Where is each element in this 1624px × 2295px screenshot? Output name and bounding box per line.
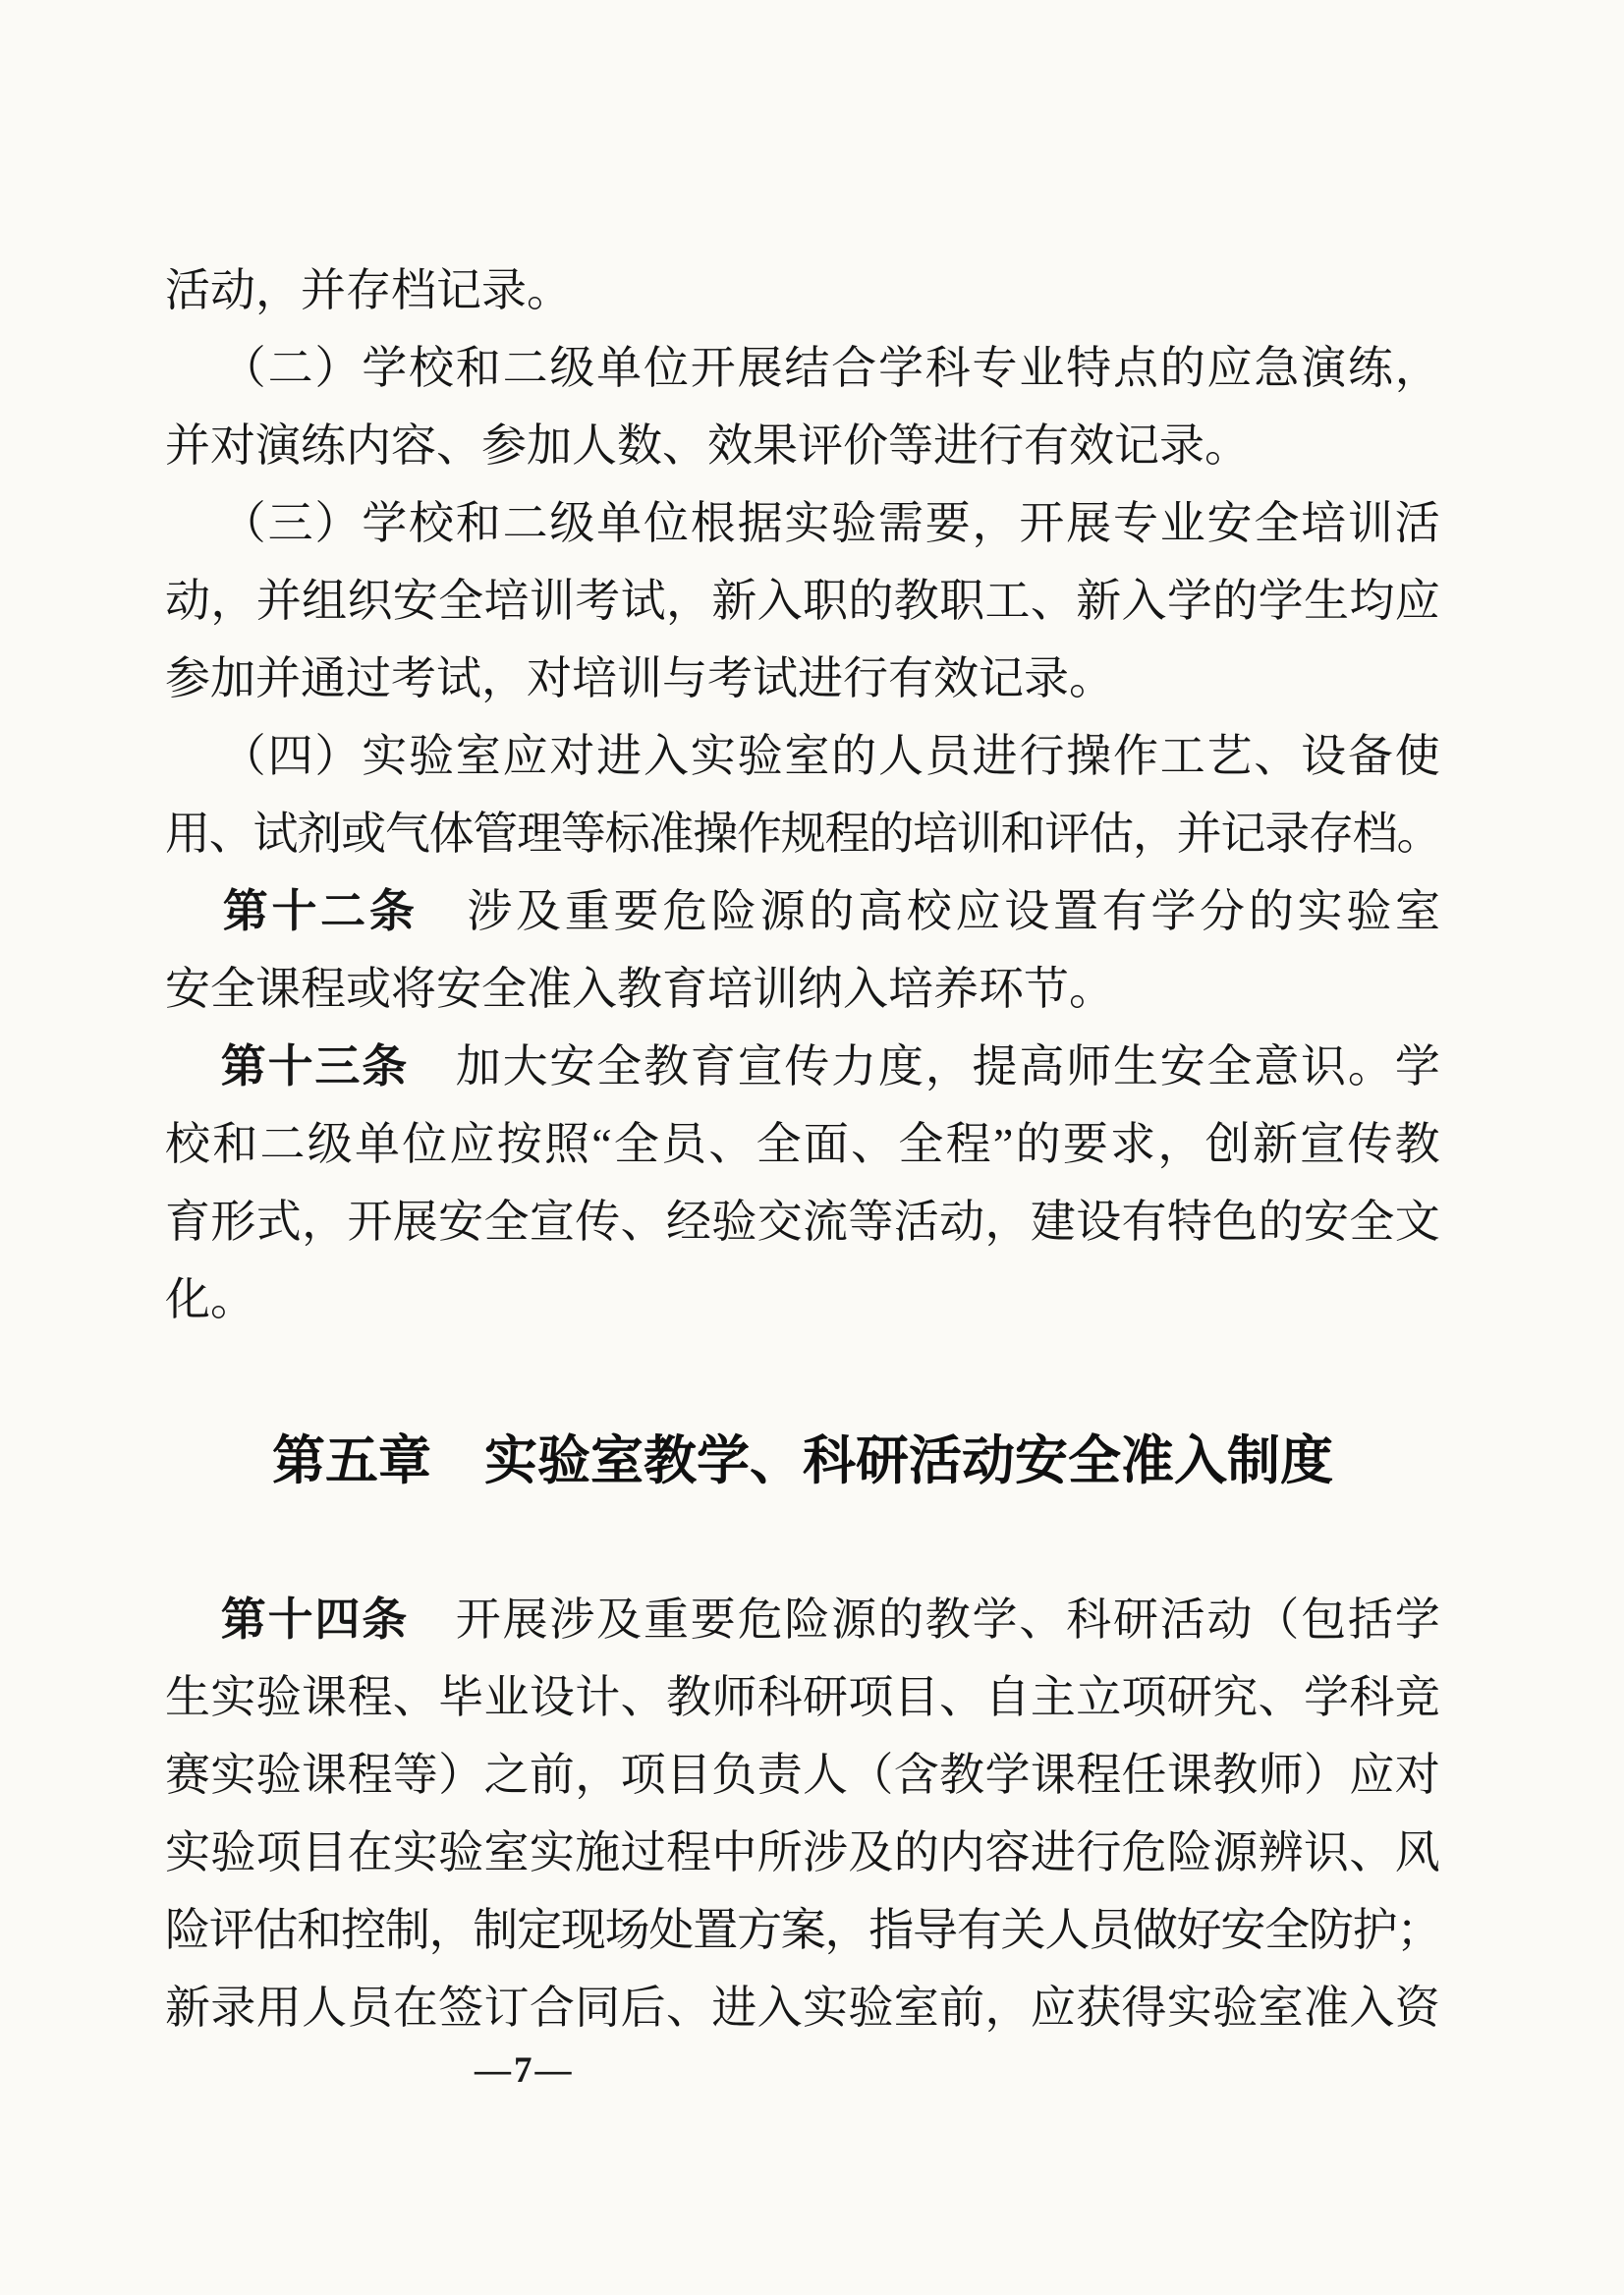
document-body: 活动，并存档记录。（二）学校和二级单位开展结合学科专业特点的应急演练，并对演练内… [165, 252, 1440, 2046]
text-line: 活动，并存档记录。 [165, 252, 1440, 329]
text-line: 险评估和控制，制定现场处置方案，指导有关人员做好安全防护； [165, 1891, 1440, 1969]
text-line: （二）学校和二级单位开展结合学科专业特点的应急演练， [165, 329, 1440, 407]
document-page: 活动，并存档记录。（二）学校和二级单位开展结合学科专业特点的应急演练，并对演练内… [0, 0, 1624, 2295]
text-line: 新录用人员在签订合同后、进入实验室前，应获得实验室准入资 [165, 1969, 1440, 2046]
text-line: 第十三条 加大安全教育宣传力度，提高师生安全意识。学 [165, 1028, 1440, 1105]
text-line: 育形式，开展安全宣传、经验交流等活动，建设有特色的安全文 [165, 1183, 1440, 1260]
text-line: 第十二条 涉及重要危险源的高校应设置有学分的实验室 [165, 872, 1440, 950]
text-line: 安全课程或将安全准入教育培训纳入培养环节。 [165, 950, 1440, 1028]
text-line: 赛实验课程等）之前，项目负责人（含教学课程任课教师）应对 [165, 1736, 1440, 1814]
text-line: 参加并通过考试，对培训与考试进行有效记录。 [165, 640, 1440, 717]
text-line: 第十四条 开展涉及重要危险源的教学、科研活动（包括学 [165, 1581, 1440, 1658]
text-line: 化。 [165, 1260, 1440, 1338]
text-line: 实验项目在实验室实施过程中所涉及的内容进行危险源辨识、风 [165, 1814, 1440, 1891]
text-line: 并对演练内容、参加人数、效果评价等进行有效记录。 [165, 407, 1440, 484]
page-number: —7— [475, 2049, 575, 2092]
text-line: 生实验课程、毕业设计、教师科研项目、自主立项研究、学科竞 [165, 1658, 1440, 1736]
chapter-heading: 第五章 实验室教学、科研活动安全准入制度 [165, 1423, 1440, 1500]
text-line: （四）实验室应对进入实验室的人员进行操作工艺、设备使 [165, 717, 1440, 795]
text-line: 校和二级单位应按照“全员、全面、全程”的要求，创新宣传教 [165, 1105, 1440, 1183]
text-line: （三）学校和二级单位根据实验需要，开展专业安全培训活 [165, 484, 1440, 562]
text-line: 动，并组织安全培训考试，新入职的教职工、新入学的学生均应 [165, 562, 1440, 640]
text-line: 用、试剂或气体管理等标准操作规程的培训和评估，并记录存档。 [165, 795, 1440, 872]
